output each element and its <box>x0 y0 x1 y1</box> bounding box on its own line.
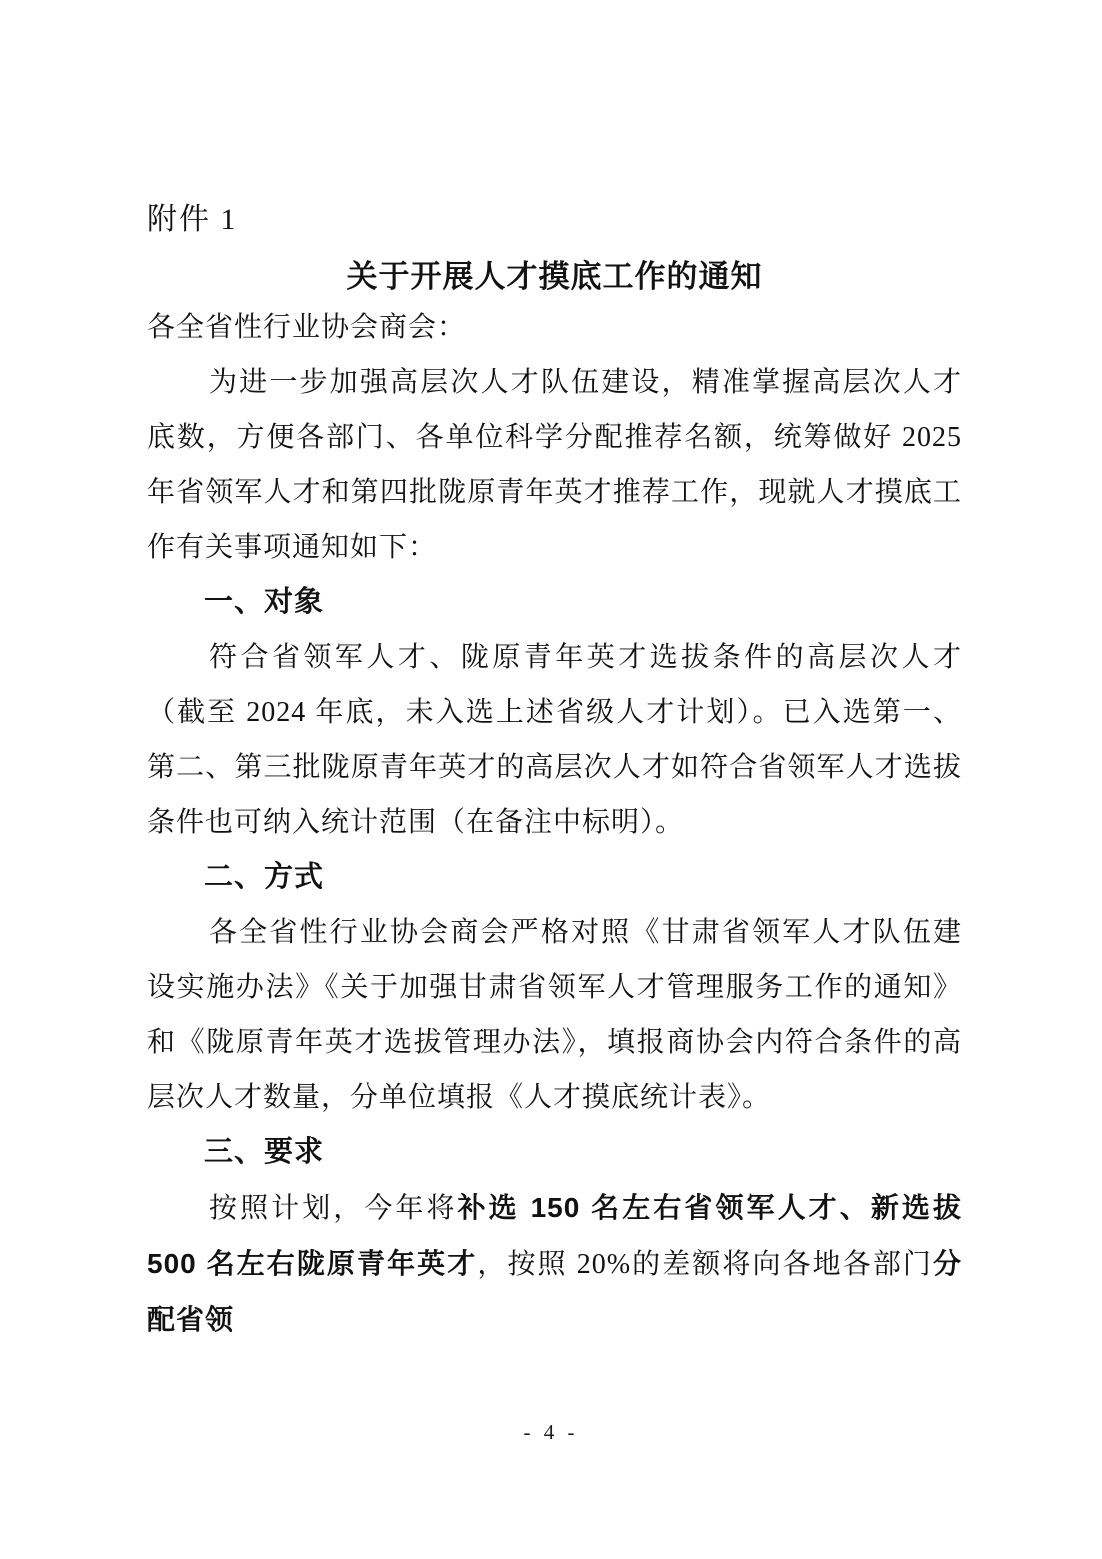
intro-paragraph: 为进一步加强高层次人才队伍建设，精准掌握高层次人才底数，方便各部门、各单位科学分… <box>147 355 962 575</box>
text-segment: 符合省领军人才、陇原青年英才选拔条件的高层次人才（截至 2024 年底，未入选上… <box>147 642 962 838</box>
section-1-heading: 一、对象 <box>147 575 962 630</box>
section-2-heading: 二、方式 <box>147 850 962 905</box>
text-segment: 按照计划，今年将 <box>209 1193 458 1224</box>
attachment-label: 附件 1 <box>147 200 962 240</box>
page-number: - 4 - <box>0 1420 1102 1445</box>
section-2-paragraph: 各全省性行业协会商会严格对照《甘肃省领军人才队伍建设实施办法》《关于加强甘肃省领… <box>147 905 962 1125</box>
text-segment: ，按照 20%的差额将向各地各部门 <box>477 1249 933 1280</box>
section-1-paragraph: 符合省领军人才、陇原青年英才选拔条件的高层次人才（截至 2024 年底，未入选上… <box>147 630 962 850</box>
text-segment: 各全省性行业协会商会严格对照《甘肃省领军人才队伍建设实施办法》《关于加强甘肃省领… <box>147 917 962 1113</box>
section-3-paragraph: 按照计划，今年将补选 150 名左右省领军人才、新选拔 500 名左右陇原青年英… <box>147 1180 962 1348</box>
salutation: 各全省性行业协会商会： <box>147 300 962 355</box>
document-title: 关于开展人才摸底工作的通知 <box>147 254 962 300</box>
document-page: 附件 1 关于开展人才摸底工作的通知 各全省性行业协会商会： 为进一步加强高层次… <box>0 0 1102 1559</box>
document-content: 附件 1 关于开展人才摸底工作的通知 各全省性行业协会商会： 为进一步加强高层次… <box>0 0 1102 1348</box>
section-3-heading: 三、要求 <box>147 1125 962 1180</box>
